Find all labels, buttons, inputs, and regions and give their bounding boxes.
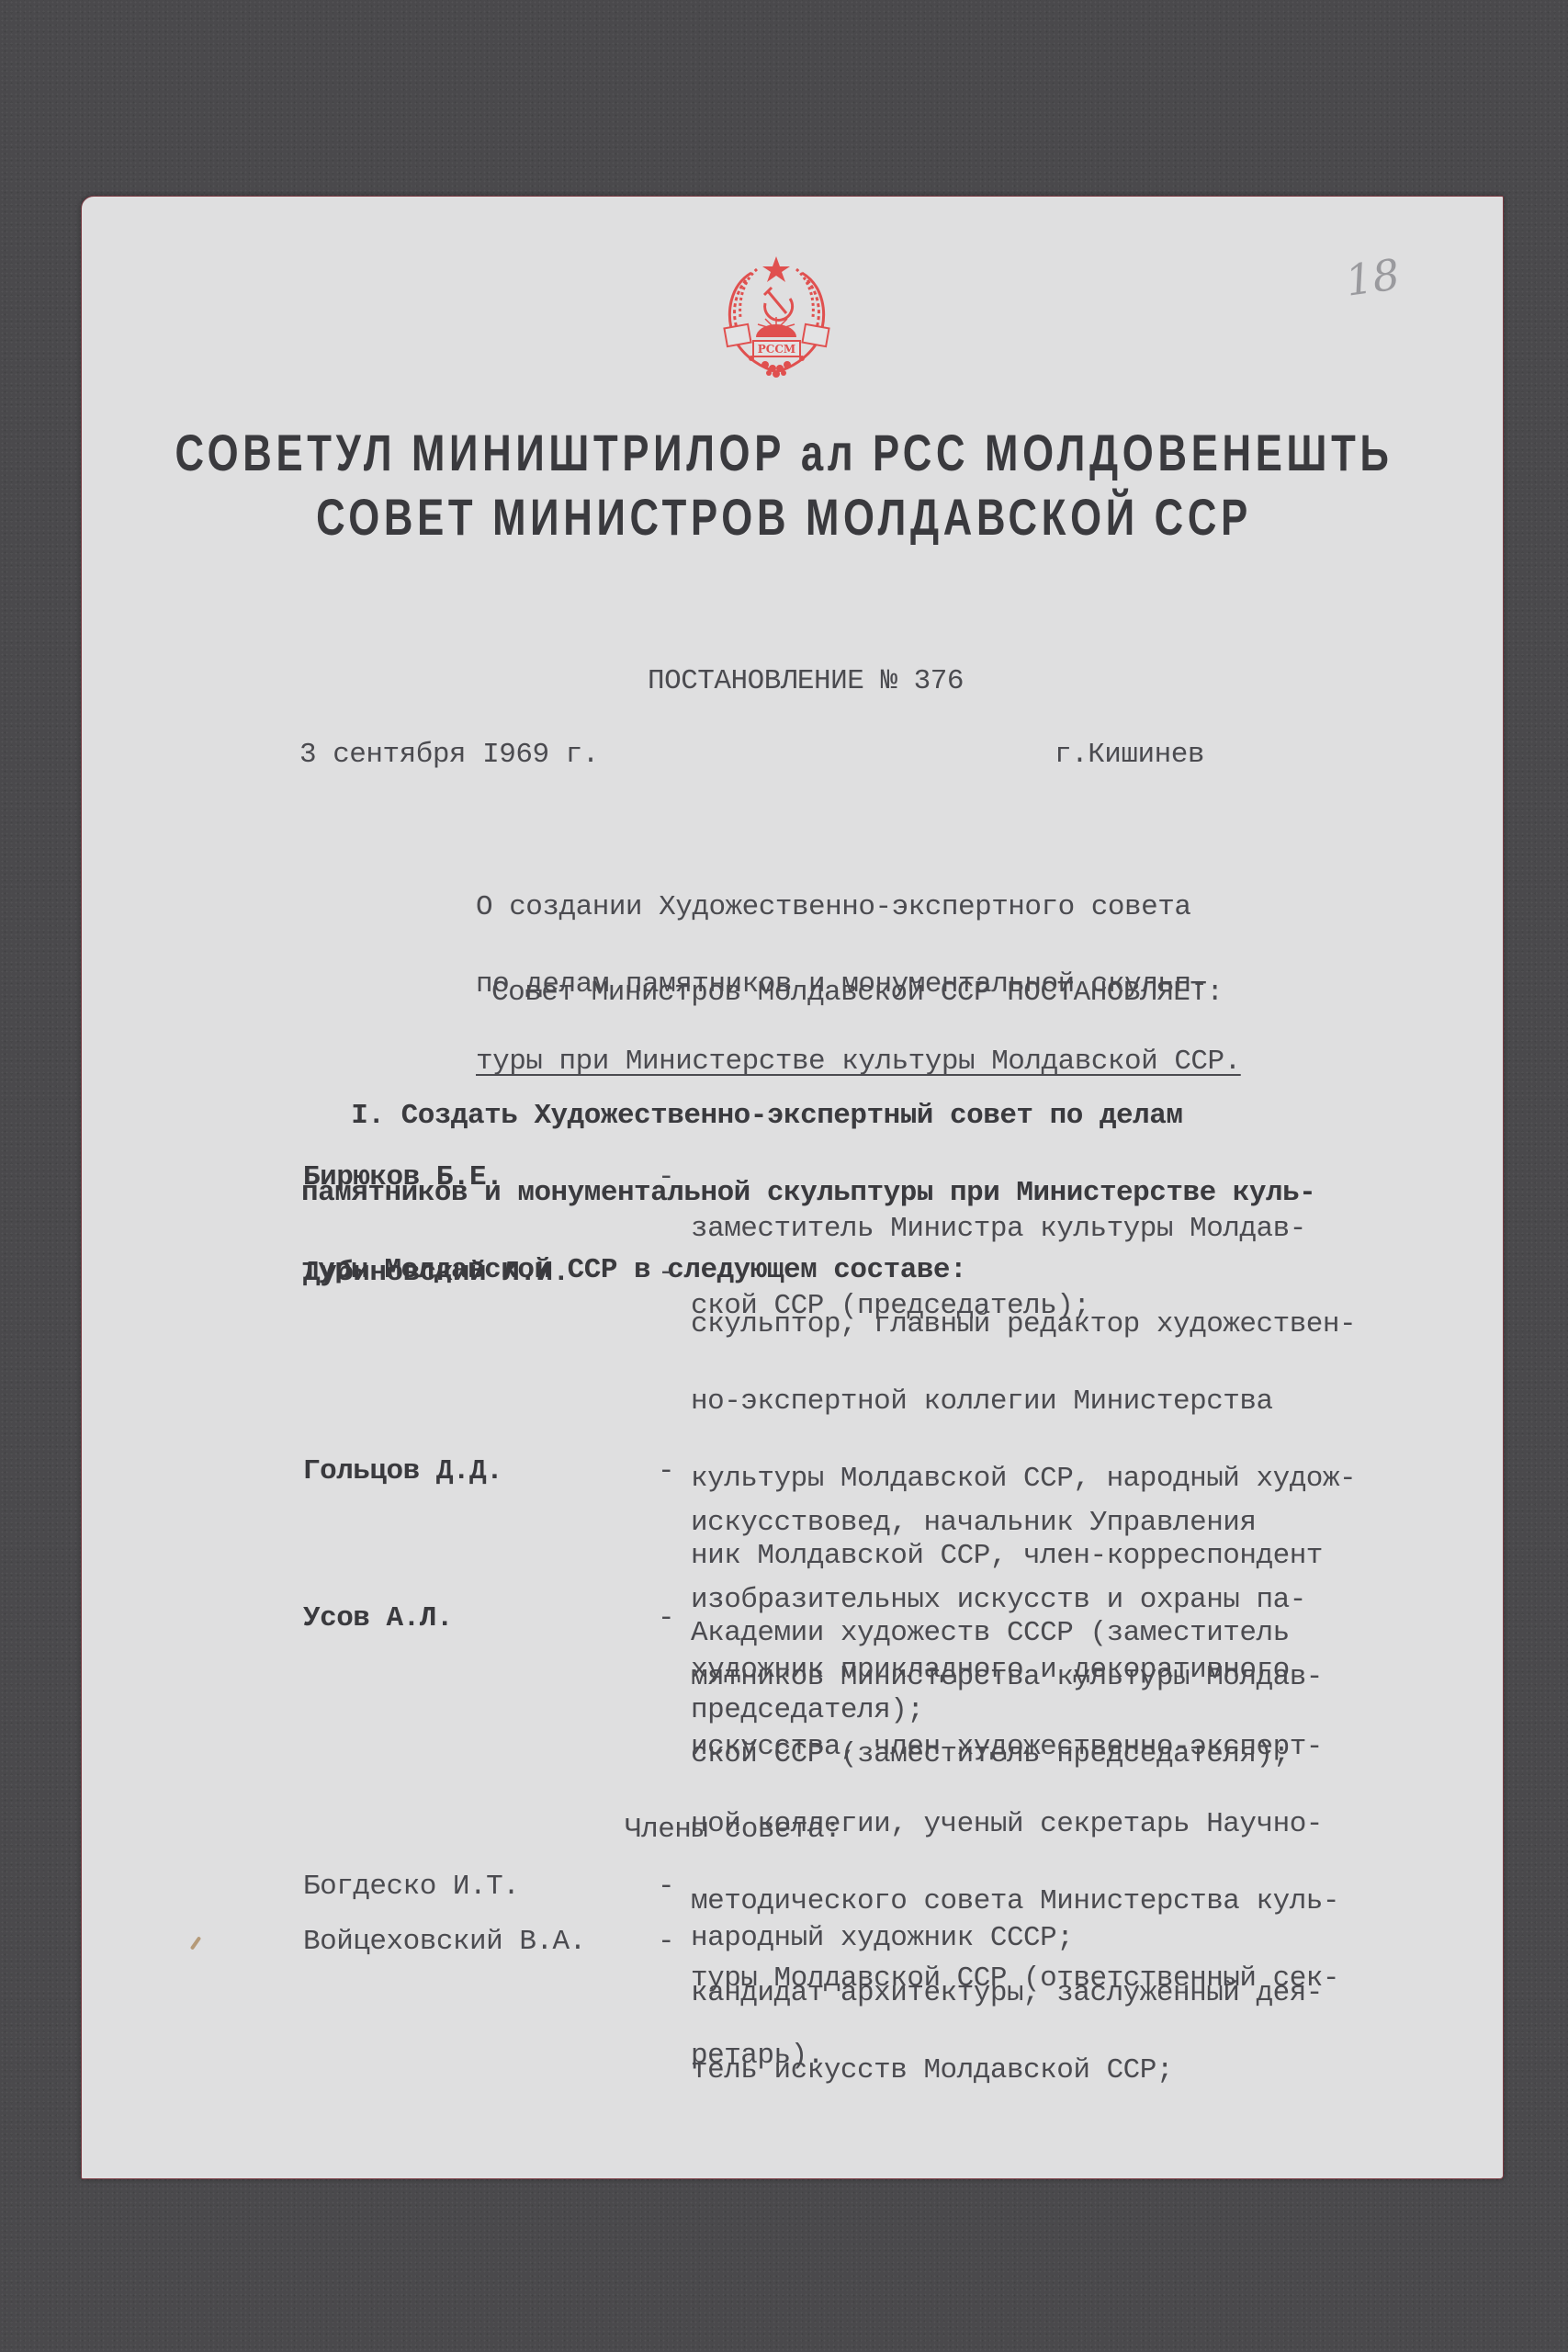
member-name: Дубиновский Л.И. bbox=[303, 1261, 570, 1286]
handwritten-page-number: 18 bbox=[1343, 249, 1403, 306]
resolution-date: 3 сентября I969 г. bbox=[299, 742, 599, 768]
resolution-city: г.Кишинев bbox=[1055, 742, 1204, 768]
member-dash: - bbox=[658, 1929, 674, 1955]
member-dash: - bbox=[658, 1459, 674, 1485]
subject-line: О создании Художественно-экспертного сов… bbox=[476, 895, 1241, 921]
member-dash: - bbox=[658, 1606, 674, 1632]
resolution-title: ПОСТАНОВЛЕНИЕ № 376 bbox=[648, 669, 964, 695]
coat-of-arms-icon: РССМ bbox=[715, 253, 839, 381]
member-entry: Гольцов Д.Д. - искусствовед, начальник У… bbox=[0, 1459, 1568, 1562]
emblem-banner-text: РССМ bbox=[758, 343, 795, 356]
member-name: Усов А.Л. bbox=[303, 1606, 453, 1632]
description-line: искусства, член художественно-эксперт- bbox=[691, 1735, 1339, 1760]
header-russian: СОВЕТ МИНИСТРОВ МОЛДАВСКОЙ ССР bbox=[173, 487, 1395, 547]
member-dash: - bbox=[658, 1165, 674, 1191]
member-name: Бирюков Б.Е. bbox=[303, 1165, 502, 1191]
description-line: но-экспертной коллегии Министерства bbox=[691, 1389, 1356, 1415]
header-moldovan: СОВЕТУЛ МИНИШТРИЛОР ал РСС МОЛДОВЕНЕШТЬ bbox=[173, 423, 1395, 482]
clause-line: I. Создать Художественно-экспертный сове… bbox=[301, 1103, 1315, 1129]
member-name: Гольцов Д.Д. bbox=[303, 1459, 502, 1485]
member-name: Богдеско И.Т. bbox=[303, 1874, 519, 1900]
member-entry: Дубиновский Л.И. - скульптор, главный ре… bbox=[0, 1261, 1568, 1363]
member-name: Войцеховский В.А. bbox=[303, 1929, 586, 1955]
member-description: кандидат архитектуры, заслуженный дея- т… bbox=[691, 1929, 1323, 2135]
decree-statement: Совет Министров Молдавской ССР ПОСТАНОВЛ… bbox=[491, 980, 1224, 1006]
description-line: заместитель Министра культуры Молдав- bbox=[691, 1216, 1306, 1242]
description-line: тель искусств Молдавской ССР; bbox=[691, 2058, 1323, 2084]
description-line: кандидат архитектуры, заслуженный дея- bbox=[691, 1981, 1323, 2007]
member-entry: Усов А.Л. - художник прикладного и декор… bbox=[0, 1606, 1568, 1709]
member-dash: - bbox=[658, 1261, 674, 1286]
description-line: скульптор, главный редактор художествен- bbox=[691, 1312, 1356, 1338]
members-heading: Члены совета: bbox=[625, 1817, 840, 1843]
description-line: искусствовед, начальник Управления bbox=[691, 1510, 1323, 1536]
description-line: художник прикладного и декоративного bbox=[691, 1657, 1339, 1683]
member-entry: Войцеховский В.А. - кандидат архитектуры… bbox=[0, 1929, 1568, 2032]
member-entry: Бирюков Б.Е. - заместитель Министра куль… bbox=[0, 1165, 1568, 1268]
member-dash: - bbox=[658, 1874, 674, 1900]
